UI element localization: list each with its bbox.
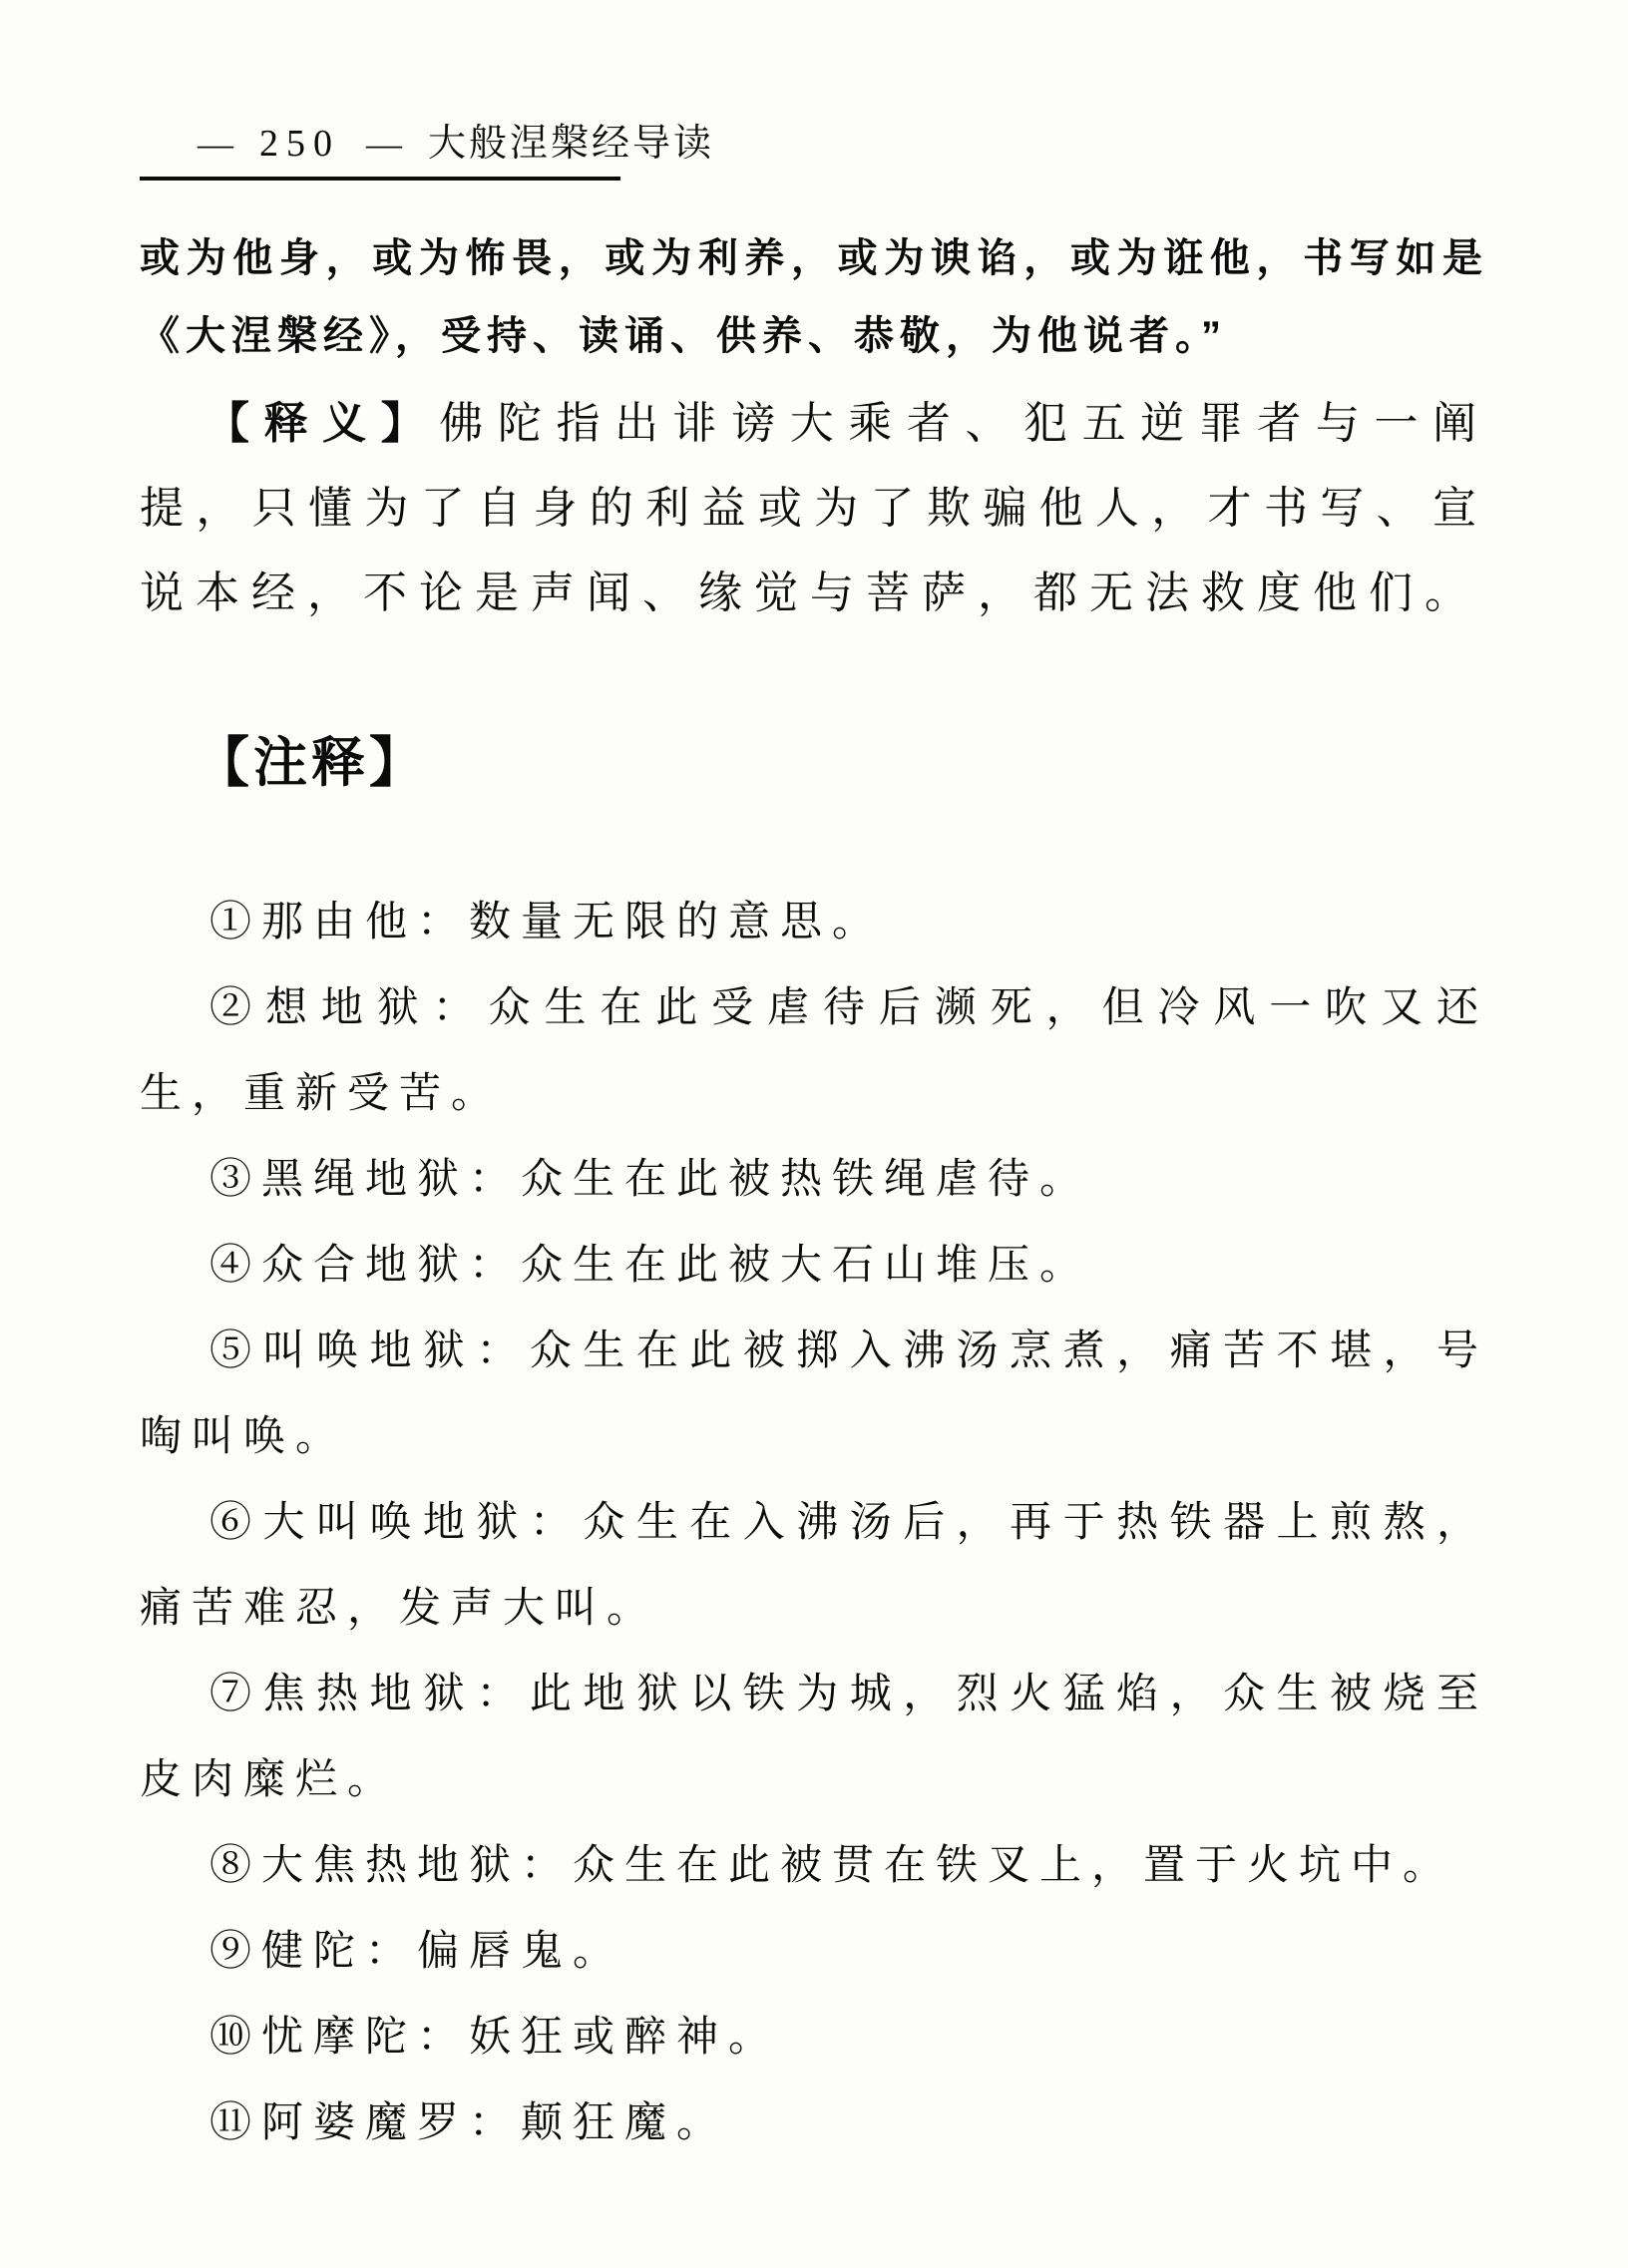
note-text: 那由他：数量无限的意思。 xyxy=(261,900,884,945)
interpretation-paragraph: 【释义】佛陀指出诽谤大乘者、犯五逆罪者与一阐提，只懂为了自身的利益或为了欺骗他人… xyxy=(140,381,1488,635)
note-number: ⑩ xyxy=(209,2015,261,2061)
note-text: 想地狱：众生在此受虐待后濒死，但冷风一吹又还生，重新受苦。 xyxy=(140,985,1488,1117)
scripture-quote: 或为他身，或为怖畏，或为利养，或为谀谄，或为诳他，书写如是《大涅槃经》，受持、读… xyxy=(140,219,1488,375)
note-text: 焦热地狱：此地狱以铁为城，烈火猛焰，众生被烧至皮肉糜烂。 xyxy=(140,1672,1488,1803)
note-text: 健陀：偏唇鬼。 xyxy=(261,1929,624,1975)
note-number: ③ xyxy=(209,1157,261,1203)
note-number: ⑦ xyxy=(209,1672,262,1717)
note-item: ⑨健陀：偏唇鬼。 xyxy=(140,1909,1488,1995)
note-text: 大叫唤地狱：众生在入沸汤后，再于热铁器上煎熬，痛苦难忍，发声大叫。 xyxy=(140,1500,1488,1632)
note-item: ⑧大焦热地狱：众生在此被贯在铁叉上，置于火坑中。 xyxy=(140,1823,1488,1909)
note-number: ⑥ xyxy=(209,1500,262,1546)
note-number: ⑧ xyxy=(209,1843,261,1889)
interpretation-label: 【释义】 xyxy=(205,399,439,448)
note-number: ⑨ xyxy=(209,1929,261,1975)
page-number: 250 xyxy=(259,122,340,166)
book-page: — 250 — 大般涅槃经导读 或为他身，或为怖畏，或为利养，或为谀谄，或为诳他… xyxy=(0,0,1628,2268)
note-number: ① xyxy=(209,900,261,945)
note-item: ⑦焦热地狱：此地狱以铁为城，烈火猛焰，众生被烧至皮肉糜烂。 xyxy=(140,1652,1488,1823)
note-text: 叫唤地狱：众生在此被掷入沸汤烹煮，痛苦不堪，号啕叫唤。 xyxy=(140,1328,1488,1460)
note-text: 黑绳地狱：众生在此被热铁绳虐待。 xyxy=(261,1157,1091,1203)
note-item: ③黑绳地狱：众生在此被热铁绳虐待。 xyxy=(140,1137,1488,1223)
notes-list: ①那由他：数量无限的意思。 ②想地狱：众生在此受虐待后濒死，但冷风一吹又还生，重… xyxy=(140,880,1488,2166)
note-number: ⑪ xyxy=(209,2100,261,2146)
note-item: ⑥大叫唤地狱：众生在入沸汤后，再于热铁器上煎熬，痛苦难忍，发声大叫。 xyxy=(140,1480,1488,1652)
note-text: 大焦热地狱：众生在此被贯在铁叉上，置于火坑中。 xyxy=(261,1843,1454,1889)
note-number: ④ xyxy=(209,1243,261,1289)
note-item: ⑤叫唤地狱：众生在此被掷入沸汤烹煮，痛苦不堪，号啕叫唤。 xyxy=(140,1309,1488,1480)
book-title: 大般涅槃经导读 xyxy=(428,112,714,167)
note-item: ②想地狱：众生在此受虐待后濒死，但冷风一吹又还生，重新受苦。 xyxy=(140,965,1488,1137)
notes-section-title: 【注释】 xyxy=(196,720,427,797)
note-item: ④众合地狱：众生在此被大石山堆压。 xyxy=(140,1223,1488,1309)
note-item: ①那由他：数量无限的意思。 xyxy=(140,880,1488,965)
note-item: ⑩忧摩陀：妖狂或醉神。 xyxy=(140,1995,1488,2080)
running-header: — 250 — 大般涅槃经导读 xyxy=(140,112,620,181)
note-text: 阿婆魔罗：颠狂魔。 xyxy=(261,2100,728,2146)
note-number: ② xyxy=(209,985,265,1031)
note-text: 忧摩陀：妖狂或醉神。 xyxy=(261,2015,780,2061)
note-text: 众合地狱：众生在此被大石山堆压。 xyxy=(261,1243,1091,1289)
header-dash-right: — xyxy=(366,123,402,165)
header-dash-left: — xyxy=(198,123,233,165)
note-number: ⑤ xyxy=(209,1328,262,1374)
note-item: ⑪阿婆魔罗：颠狂魔。 xyxy=(140,2080,1488,2166)
